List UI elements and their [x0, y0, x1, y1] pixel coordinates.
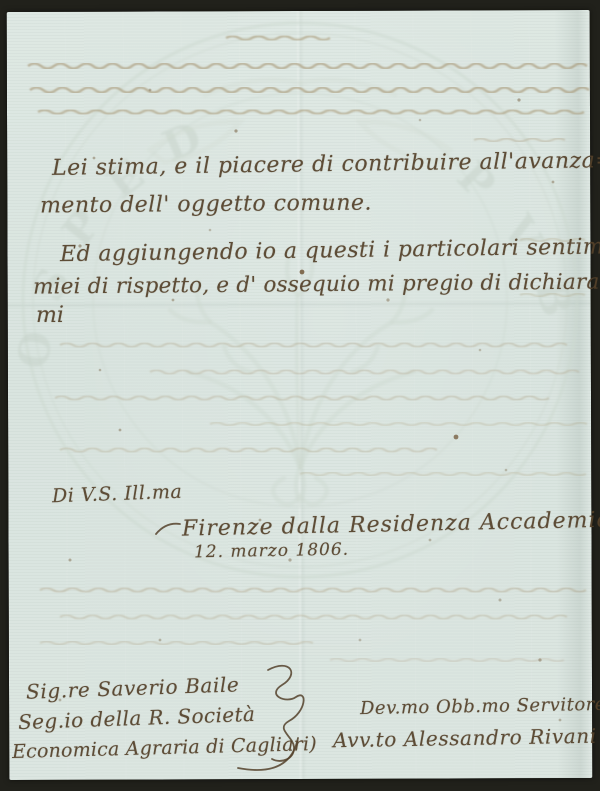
- svg-text:DAE: DAE: [0, 0, 33, 10]
- closing-line-2: Avv.to Alessandro Rivani: [333, 724, 597, 753]
- dateline-date: 12. marzo 1806.: [194, 540, 349, 563]
- scanned-letter-page: OSPED PVB DAE: [0, 0, 600, 791]
- watermark-letters-right: DAE: [0, 0, 33, 10]
- letter-body-line-5: mi: [36, 303, 64, 328]
- letter-body-line-2: mento dell' oggetto comune.: [40, 191, 372, 219]
- closing-line-1: Dev.mo Obb.mo Servitore: [360, 694, 600, 719]
- letter-body-line-4: miei di rispetto, e d' ossequio mi pregi…: [33, 269, 600, 299]
- valediction: Di V.S. Ill.ma: [52, 481, 183, 508]
- letter-paper-sheet: [7, 10, 593, 780]
